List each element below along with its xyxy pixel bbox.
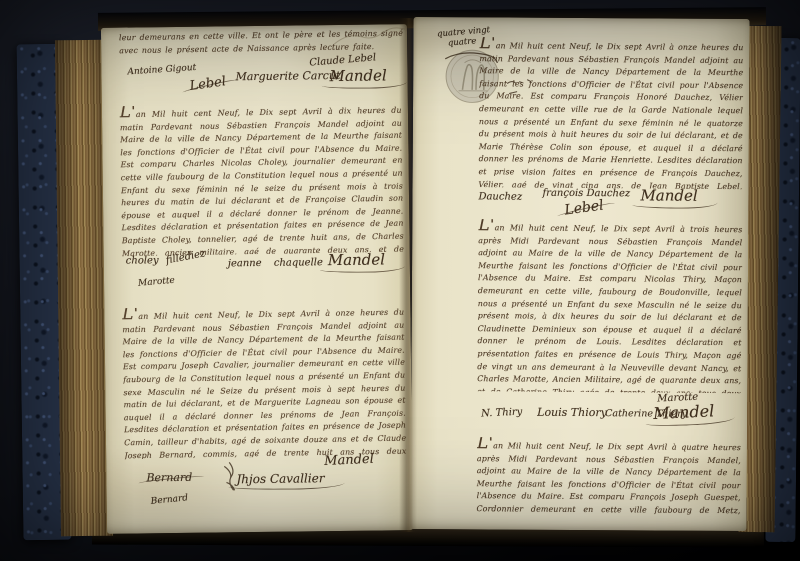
birth-record-entry-text: L'an Mil huit cent Neuf, le Dix sept Avr…: [476, 437, 741, 517]
birth-record-entry-text: L'an Mil huit cent Neuf, le Dix sept Avr…: [477, 219, 742, 393]
signature: choley: [126, 255, 159, 266]
birth-record-entry-text: L'an Mil huit cent Neuf, le Dix sept Avr…: [120, 102, 404, 257]
signature: Mandel: [328, 250, 385, 269]
signature: Jhjos Cavallier: [236, 471, 324, 486]
signature: chaquelle: [274, 257, 323, 269]
right-page: quatre vingt quatre L'an Mil huit cent N…: [410, 17, 749, 531]
signature: Lebel: [189, 74, 227, 94]
signature: Antoine Gigout: [127, 63, 196, 77]
birth-record-entry-text: L'an Mil huit cent Neuf, le Dix sept Avr…: [478, 37, 743, 189]
signature: jeanne: [228, 258, 262, 269]
signature: N. Thiry: [481, 407, 523, 420]
signature: Mandel: [329, 66, 386, 85]
signature: françois Dauchez: [542, 188, 630, 200]
signature: Bernard: [146, 471, 192, 485]
signature: Marotte: [138, 276, 176, 289]
signature: Mandel: [640, 186, 697, 204]
left-page: leur demeurans en cette ville. Et ont le…: [101, 24, 413, 534]
birth-record-entry-text: L'an Mil huit cent Neuf, le Dix sept Avr…: [122, 304, 406, 460]
signature: Lebel: [564, 197, 605, 218]
signature: Louis Thiory: [537, 406, 607, 419]
signature: Dauchez: [478, 191, 522, 202]
signature: Mandel: [324, 452, 374, 469]
signature: Bernard: [150, 493, 188, 507]
photo-background: leur demeurans en cette ville. Et ont le…: [0, 0, 800, 561]
signature: Mandel: [653, 401, 715, 423]
